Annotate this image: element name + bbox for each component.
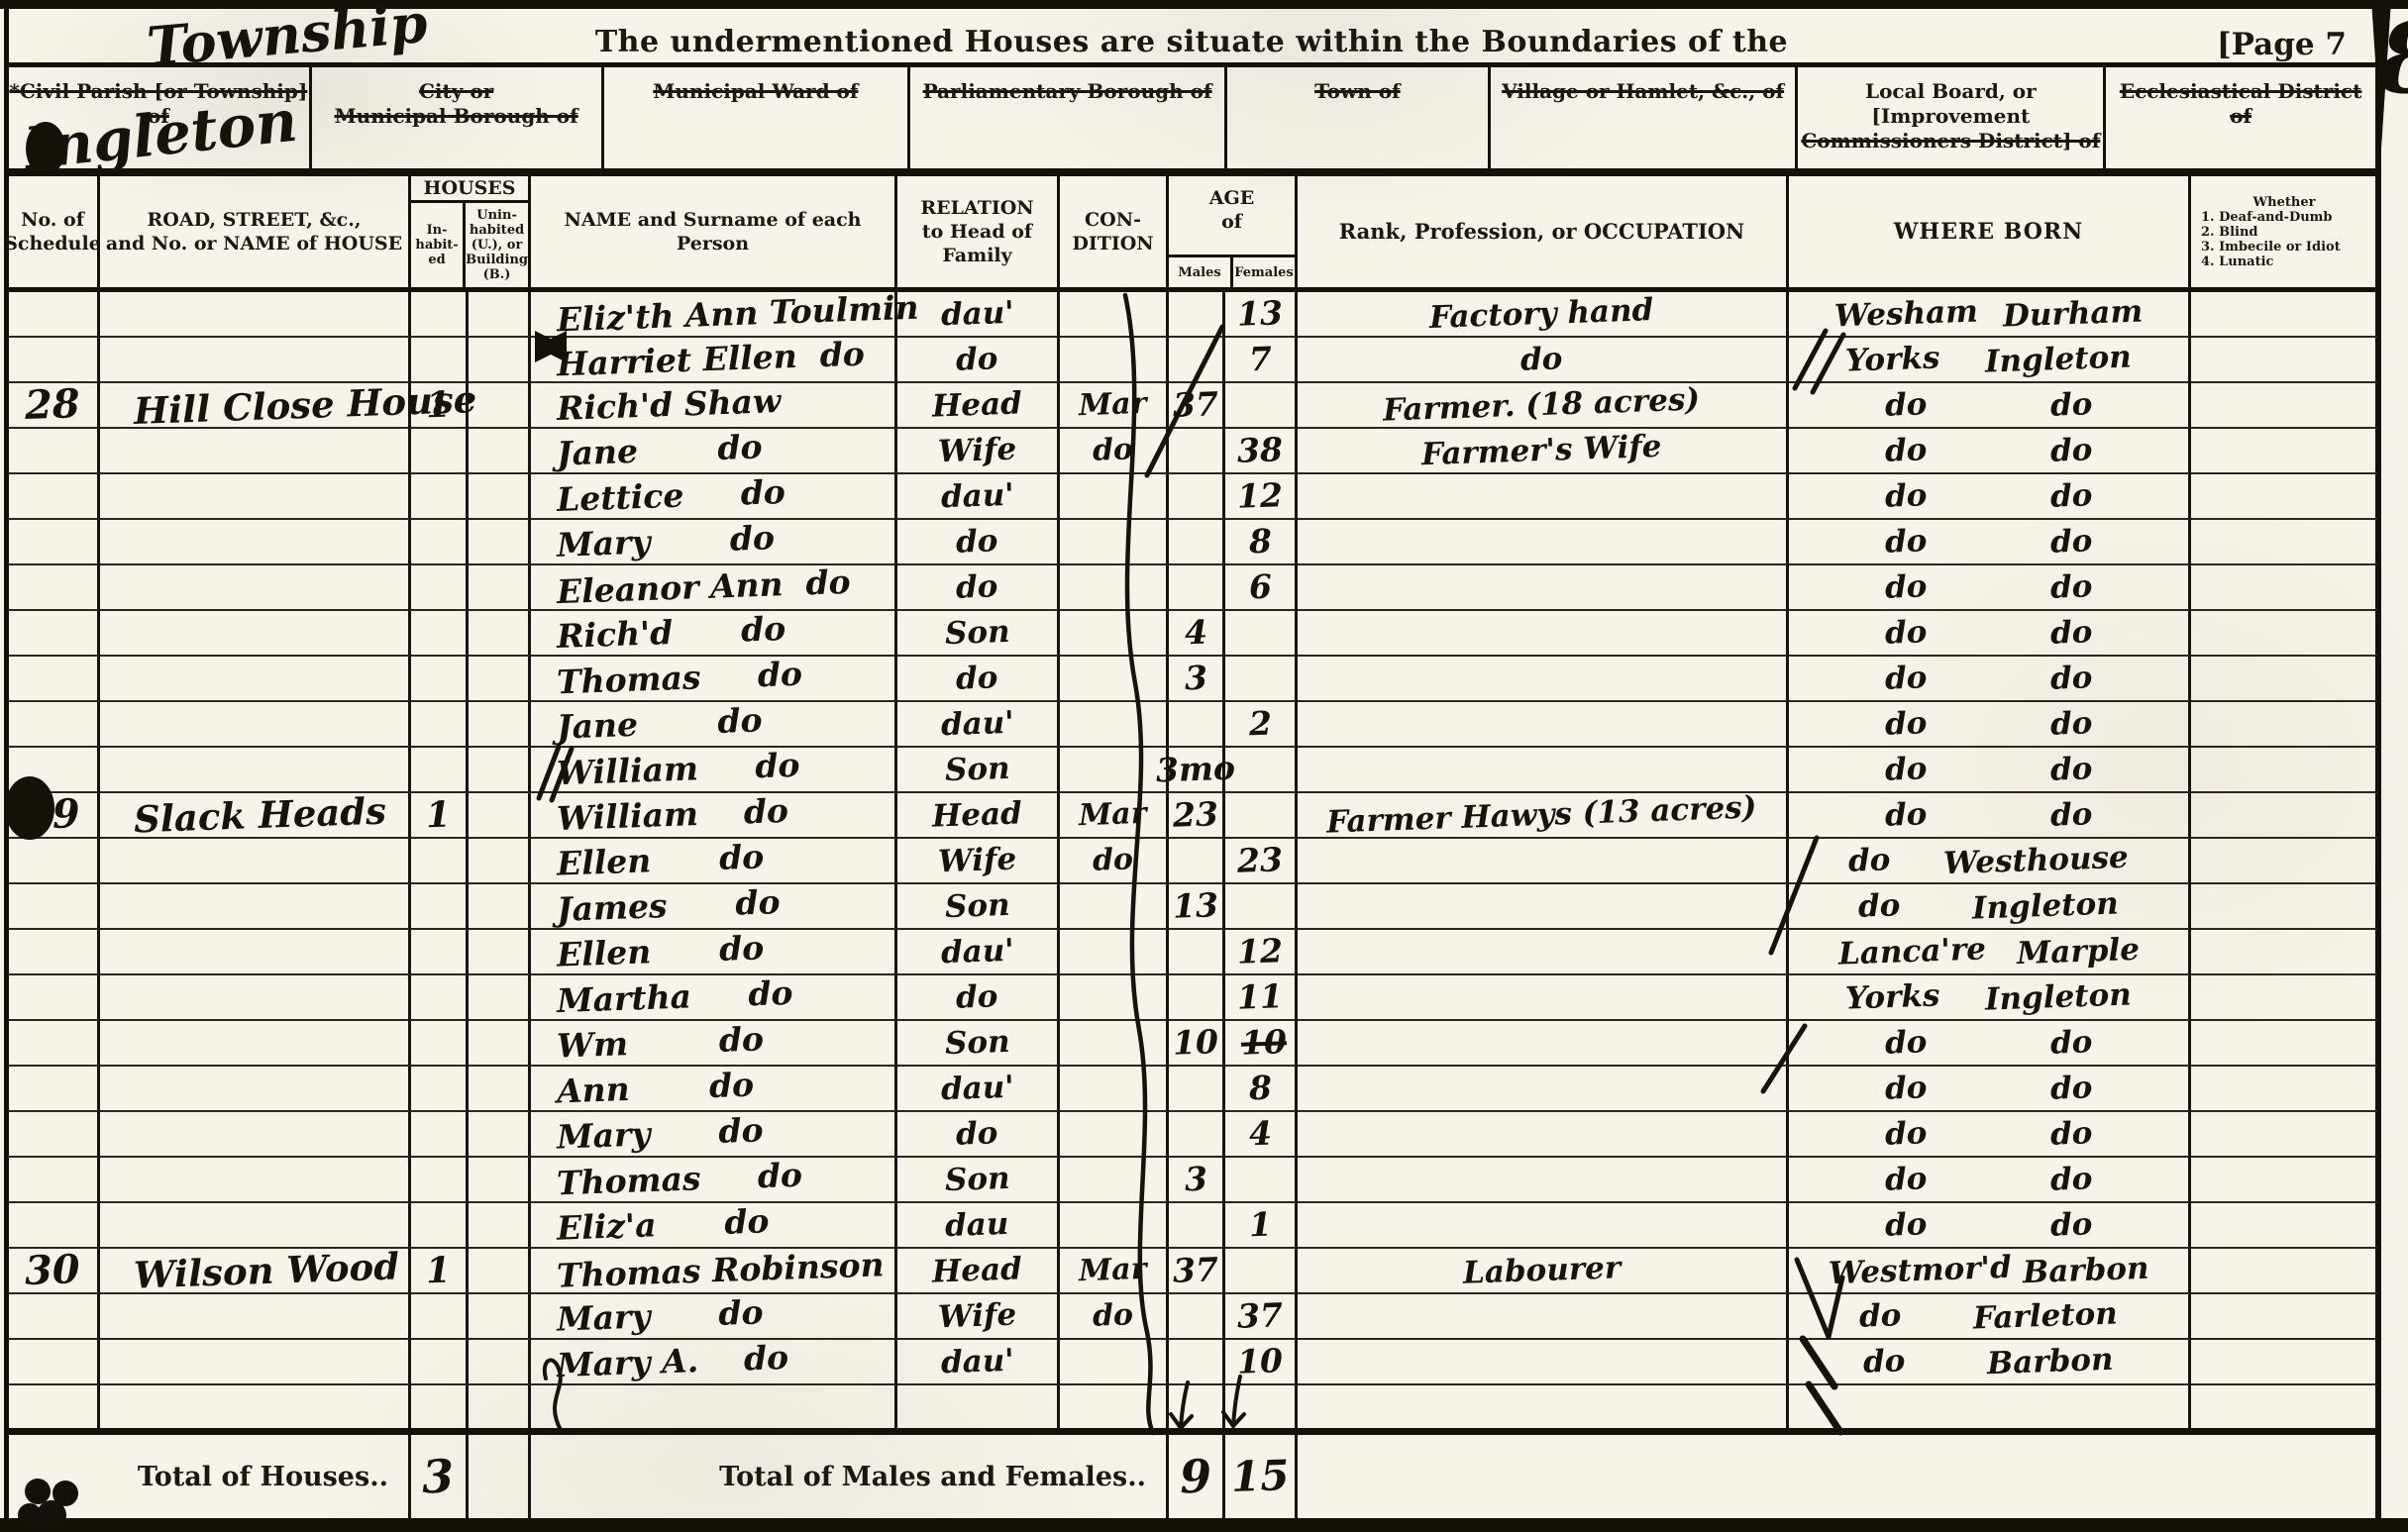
- cell-sched: [8, 657, 100, 702]
- cell-occ: Farmer's Wife: [1298, 429, 1789, 474]
- handwritten-edge-number: 8: [2378, 2, 2408, 116]
- cell-occ: Farmer Hawys (13 acres): [1298, 793, 1789, 839]
- cell-cond: [1060, 611, 1169, 657]
- spacer-cell-cond: [1060, 1385, 1169, 1428]
- cell-sched: [8, 930, 100, 975]
- district-label: Parliamentary Borough of: [910, 79, 1224, 104]
- cell-sched: [8, 1294, 100, 1340]
- cell-rel: Head: [897, 793, 1060, 839]
- cell-uninhab: [469, 383, 531, 429]
- cell-wh: [2191, 930, 2377, 975]
- cell-cond: [1060, 748, 1169, 793]
- cell-born: dodo: [1789, 748, 2191, 793]
- cell-born: YorksIngleton: [1789, 338, 2191, 383]
- cell-m: 23: [1169, 793, 1225, 839]
- cell-inhab: [411, 657, 469, 702]
- cell-m: [1169, 975, 1225, 1021]
- cell-cond: do: [1060, 1294, 1169, 1340]
- col-header-name: NAME and Surname of each Person: [531, 176, 897, 287]
- cell-occ: [1298, 565, 1789, 611]
- cell-wh: [2191, 657, 2377, 702]
- cell-inhab: 1: [411, 1249, 469, 1294]
- cell-rel: Wife: [897, 839, 1060, 884]
- cell-uninhab: [469, 292, 531, 338]
- cell-wh: [2191, 884, 2377, 930]
- district-cell-0: *Civil Parish [or Township] ofIngleton: [8, 67, 312, 168]
- col-header-where-born: WHERE BORN: [1789, 176, 2191, 287]
- spacer-cell-f: [1225, 1385, 1298, 1428]
- cell-wh: [2191, 383, 2377, 429]
- cell-inhab: [411, 1021, 469, 1067]
- cell-cond: Mar: [1060, 383, 1169, 429]
- cell-name: Thomas Robinson: [531, 1249, 897, 1294]
- cell-inhab: [411, 839, 469, 884]
- district-label: Town of: [1227, 79, 1488, 104]
- cell-rel: dau': [897, 702, 1060, 748]
- cell-road: Wilson Wood: [100, 1249, 411, 1294]
- cell-f: 23: [1225, 839, 1298, 884]
- cell-road: [100, 839, 411, 884]
- cell-cond: [1060, 292, 1169, 338]
- cell-uninhab: [469, 429, 531, 474]
- cell-wh: [2191, 611, 2377, 657]
- cell-name: William do: [531, 748, 897, 793]
- cell-wh: [2191, 1203, 2377, 1249]
- cell-occ: [1298, 520, 1789, 565]
- cell-name: Jane do: [531, 429, 897, 474]
- cell-born: dodo: [1789, 520, 2191, 565]
- cell-f: 11: [1225, 975, 1298, 1021]
- cell-sched: [8, 839, 100, 884]
- cell-cond: [1060, 474, 1169, 520]
- cell-road: [100, 1021, 411, 1067]
- cell-m: 3: [1169, 657, 1225, 702]
- scan-bottom-border: [0, 1518, 2408, 1532]
- cell-sched: [8, 429, 100, 474]
- cell-occ: do: [1298, 338, 1789, 383]
- cell-occ: [1298, 1340, 1789, 1385]
- cell-m: [1169, 565, 1225, 611]
- cell-occ: Labourer: [1298, 1249, 1789, 1294]
- cell-cond: Mar: [1060, 1249, 1169, 1294]
- cell-name: Thomas do: [531, 1158, 897, 1203]
- spacer-cell-road: [100, 1385, 411, 1428]
- cell-m: [1169, 429, 1225, 474]
- district-cell-2: Municipal Ward of: [604, 67, 911, 168]
- district-cell-7: Ecclesiastical District of: [2106, 67, 2375, 168]
- cell-cond: do: [1060, 839, 1169, 884]
- spacer-cell-sched: [8, 1385, 100, 1428]
- cell-uninhab: [469, 565, 531, 611]
- cell-occ: Farmer. (18 acres): [1298, 383, 1789, 429]
- totals-empty-cell: [469, 1435, 531, 1518]
- cell-born: dodo: [1789, 611, 2191, 657]
- cell-road: Slack Heads: [100, 793, 411, 839]
- spacer-cell-rel: [897, 1385, 1060, 1428]
- total-females-value: 15: [1225, 1435, 1298, 1518]
- cell-road: [100, 1112, 411, 1158]
- cell-road: [100, 748, 411, 793]
- cell-name: Martha do: [531, 975, 897, 1021]
- cell-uninhab: [469, 1021, 531, 1067]
- cell-wh: [2191, 839, 2377, 884]
- district-label: Village or Hamlet, &c., of: [1491, 79, 1796, 104]
- cell-wh: [2191, 1340, 2377, 1385]
- cell-inhab: [411, 474, 469, 520]
- cell-name: Eleanor Ann do: [531, 565, 897, 611]
- cell-sched: [8, 338, 100, 383]
- col-header-road: ROAD, STREET, &c., and No. or NAME of HO…: [100, 176, 411, 287]
- cell-rel: Son: [897, 1158, 1060, 1203]
- cell-wh: [2191, 1249, 2377, 1294]
- cell-m: [1169, 292, 1225, 338]
- cell-road: [100, 657, 411, 702]
- cell-sched: [8, 474, 100, 520]
- cell-inhab: [411, 1067, 469, 1112]
- cell-m: 4: [1169, 611, 1225, 657]
- spacer-cell-name: [531, 1385, 897, 1428]
- cell-uninhab: [469, 657, 531, 702]
- cell-born: Westmor'dBarbon: [1789, 1249, 2191, 1294]
- cell-uninhab: [469, 884, 531, 930]
- cell-occ: [1298, 611, 1789, 657]
- col-header-females: Females: [1233, 257, 1295, 287]
- cell-f: 10: [1225, 1340, 1298, 1385]
- cell-f: 1: [1225, 1203, 1298, 1249]
- cell-road: [100, 520, 411, 565]
- cell-sched: [8, 1203, 100, 1249]
- cell-f: 6: [1225, 565, 1298, 611]
- cell-inhab: [411, 1294, 469, 1340]
- district-label: Ecclesiastical District of: [2106, 79, 2375, 129]
- cell-m: [1169, 474, 1225, 520]
- cell-uninhab: [469, 748, 531, 793]
- col-header-age-group: AGE of Males Females: [1169, 176, 1298, 287]
- cell-rel: Son: [897, 1021, 1060, 1067]
- column-header-row: No. of Schedule ROAD, STREET, &c., and N…: [8, 176, 2375, 292]
- cell-wh: [2191, 975, 2377, 1021]
- spacer-cell-uninhab: [469, 1385, 531, 1428]
- cell-f: 8: [1225, 520, 1298, 565]
- cell-m: 37: [1169, 1249, 1225, 1294]
- cell-inhab: [411, 1158, 469, 1203]
- col-header-houses-group: HOUSES In- habit- ed Unin- habited (U.),…: [411, 176, 531, 287]
- cell-wh: [2191, 1158, 2377, 1203]
- district-cell-6: Local Board, or [ImprovementCommissioner…: [1798, 67, 2106, 168]
- totals-row: Total of Houses.. 3 Total of Males and F…: [8, 1435, 2375, 1518]
- cell-born: dodo: [1789, 429, 2191, 474]
- cell-uninhab: [469, 930, 531, 975]
- cell-cond: [1060, 520, 1169, 565]
- district-label: Local Board, or [Improvement: [1798, 79, 2103, 129]
- cell-m: [1169, 338, 1225, 383]
- cell-f: [1225, 611, 1298, 657]
- cell-road: Hill Close House: [100, 383, 411, 429]
- cell-uninhab: [469, 793, 531, 839]
- cell-occ: [1298, 1294, 1789, 1340]
- cell-sched: [8, 1340, 100, 1385]
- cell-cond: [1060, 975, 1169, 1021]
- cell-name: Lettice do: [531, 474, 897, 520]
- spacer-cell-occ: [1298, 1385, 1789, 1428]
- cell-f: [1225, 793, 1298, 839]
- cell-occ: [1298, 975, 1789, 1021]
- cell-born: WeshamDurham: [1789, 292, 2191, 338]
- cell-f: 13: [1225, 292, 1298, 338]
- cell-cond: [1060, 702, 1169, 748]
- cell-wh: [2191, 565, 2377, 611]
- cell-occ: [1298, 657, 1789, 702]
- cell-occ: [1298, 1158, 1789, 1203]
- cell-name: Mary do: [531, 520, 897, 565]
- cell-cond: [1060, 1158, 1169, 1203]
- cell-m: [1169, 1112, 1225, 1158]
- col-header-occupation: Rank, Profession, or OCCUPATION: [1298, 176, 1789, 287]
- cell-born: doBarbon: [1789, 1340, 2191, 1385]
- cell-f: 37: [1225, 1294, 1298, 1340]
- page-number-label: [Page 7: [2217, 27, 2347, 62]
- spacer-cell-wh: [2191, 1385, 2377, 1428]
- cell-rel: do: [897, 657, 1060, 702]
- cell-sched: [8, 565, 100, 611]
- cell-occ: [1298, 1021, 1789, 1067]
- cell-m: 13: [1169, 884, 1225, 930]
- cell-m: 37: [1169, 383, 1225, 429]
- cell-m: 10: [1169, 1021, 1225, 1067]
- cell-sched: 28: [8, 383, 100, 429]
- cell-name: James do: [531, 884, 897, 930]
- cell-born: doIngleton: [1789, 884, 2191, 930]
- cell-sched: 29: [8, 793, 100, 839]
- cell-born: dodo: [1789, 1203, 2191, 1249]
- cell-cond: [1060, 1340, 1169, 1385]
- cell-occ: [1298, 1067, 1789, 1112]
- cell-wh: [2191, 1112, 2377, 1158]
- cell-name: Eliz'th Ann Toulmin: [531, 292, 897, 338]
- col-header-condition: CON- DITION: [1060, 176, 1169, 287]
- cell-inhab: [411, 930, 469, 975]
- cell-occ: [1298, 930, 1789, 975]
- cell-sched: [8, 1158, 100, 1203]
- cell-uninhab: [469, 474, 531, 520]
- cell-born: dodo: [1789, 793, 2191, 839]
- cell-uninhab: [469, 975, 531, 1021]
- cell-inhab: 1: [411, 793, 469, 839]
- cell-f: 12: [1225, 474, 1298, 520]
- cell-wh: [2191, 338, 2377, 383]
- cell-road: [100, 702, 411, 748]
- cell-name: Ellen do: [531, 930, 897, 975]
- cell-cond: [1060, 1021, 1169, 1067]
- total-males-value: 9: [1169, 1435, 1225, 1518]
- total-mf-label: Total of Males and Females..: [531, 1435, 1169, 1518]
- totals-trailing-cell: [1298, 1435, 2377, 1518]
- cell-cond: do: [1060, 429, 1169, 474]
- cell-born: dodo: [1789, 702, 2191, 748]
- cell-sched: 30: [8, 1249, 100, 1294]
- cell-inhab: [411, 429, 469, 474]
- cell-born: dodo: [1789, 1112, 2191, 1158]
- cell-rel: Head: [897, 1249, 1060, 1294]
- cell-inhab: [411, 338, 469, 383]
- cell-m: [1169, 1203, 1225, 1249]
- cell-rel: do: [897, 338, 1060, 383]
- cell-rel: dau': [897, 292, 1060, 338]
- cell-uninhab: [469, 1158, 531, 1203]
- cell-m: [1169, 520, 1225, 565]
- cell-occ: [1298, 702, 1789, 748]
- cell-name: Ellen do: [531, 839, 897, 884]
- cell-uninhab: [469, 1067, 531, 1112]
- cell-rel: Son: [897, 748, 1060, 793]
- cell-road: [100, 1203, 411, 1249]
- cell-inhab: [411, 1340, 469, 1385]
- cell-wh: [2191, 702, 2377, 748]
- cell-road: [100, 884, 411, 930]
- cell-born: doWesthouse: [1789, 839, 2191, 884]
- cell-sched: [8, 292, 100, 338]
- cell-sched: [8, 1021, 100, 1067]
- col-header-relation: RELATION to Head of Family: [897, 176, 1060, 287]
- cell-m: 3: [1169, 1158, 1225, 1203]
- cell-inhab: [411, 1203, 469, 1249]
- spacer-cell-m: [1169, 1385, 1225, 1428]
- cell-born: dodo: [1789, 1021, 2191, 1067]
- cell-road: [100, 338, 411, 383]
- cell-rel: dau': [897, 930, 1060, 975]
- district-cell-3: Parliamentary Borough of: [910, 67, 1227, 168]
- cell-m: [1169, 1067, 1225, 1112]
- district-label: Municipal Borough of: [312, 104, 601, 129]
- total-houses-value: 3: [411, 1435, 469, 1518]
- cell-road: [100, 1294, 411, 1340]
- cell-sched: [8, 611, 100, 657]
- cell-sched: [8, 1112, 100, 1158]
- enumeration-table-body: Eliz'th Ann Toulmindau'13Factory handWes…: [8, 292, 2375, 1385]
- cell-road: [100, 1067, 411, 1112]
- cell-uninhab: [469, 702, 531, 748]
- cell-sched: [8, 748, 100, 793]
- cell-born: dodo: [1789, 657, 2191, 702]
- cell-uninhab: [469, 1112, 531, 1158]
- cell-occ: [1298, 474, 1789, 520]
- cell-wh: [2191, 793, 2377, 839]
- cell-born: dodo: [1789, 1067, 2191, 1112]
- cell-cond: [1060, 338, 1169, 383]
- cell-road: [100, 975, 411, 1021]
- cell-uninhab: [469, 1203, 531, 1249]
- cell-cond: [1060, 930, 1169, 975]
- cell-cond: [1060, 565, 1169, 611]
- cell-wh: [2191, 520, 2377, 565]
- cell-rel: do: [897, 520, 1060, 565]
- cell-cond: [1060, 1112, 1169, 1158]
- cell-road: [100, 611, 411, 657]
- cell-name: Wm do: [531, 1021, 897, 1067]
- cell-road: [100, 429, 411, 474]
- cell-rel: dau': [897, 1340, 1060, 1385]
- cell-road: [100, 1340, 411, 1385]
- cell-wh: [2191, 1294, 2377, 1340]
- cell-f: [1225, 1158, 1298, 1203]
- cell-born: doFarleton: [1789, 1294, 2191, 1340]
- cell-name: William do: [531, 793, 897, 839]
- cell-inhab: [411, 292, 469, 338]
- cell-name: Eliz'a do: [531, 1203, 897, 1249]
- cell-f: [1225, 383, 1298, 429]
- cell-born: dodo: [1789, 1158, 2191, 1203]
- total-houses-label: Total of Houses..: [8, 1435, 411, 1518]
- cell-name: Mary A. do: [531, 1340, 897, 1385]
- col-header-schedule: No. of Schedule: [8, 176, 100, 287]
- cell-occ: [1298, 884, 1789, 930]
- cell-road: [100, 930, 411, 975]
- district-cell-5: Village or Hamlet, &c., of: [1491, 67, 1799, 168]
- col-header-whether: Whether 1. Deaf-and-Dumb 2. Blind 3. Imb…: [2191, 176, 2377, 287]
- cell-uninhab: [469, 839, 531, 884]
- cell-f: 38: [1225, 429, 1298, 474]
- cell-m: [1169, 839, 1225, 884]
- cell-inhab: [411, 565, 469, 611]
- cell-f: [1225, 884, 1298, 930]
- cell-rel: Son: [897, 884, 1060, 930]
- cell-uninhab: [469, 1294, 531, 1340]
- col-header-uninhabited: Unin- habited (U.), or Building (B.): [466, 203, 528, 287]
- cell-occ: [1298, 748, 1789, 793]
- cell-name: Mary do: [531, 1112, 897, 1158]
- cell-f: [1225, 1249, 1298, 1294]
- cell-cond: [1060, 884, 1169, 930]
- district-header-row: *Civil Parish [or Township] ofIngletonCi…: [8, 62, 2375, 176]
- cell-f: 8: [1225, 1067, 1298, 1112]
- cell-sched: [8, 702, 100, 748]
- footer-spacer-row: [8, 1385, 2375, 1428]
- cell-inhab: [411, 1112, 469, 1158]
- cell-inhab: [411, 748, 469, 793]
- cell-m: [1169, 1294, 1225, 1340]
- cell-wh: [2191, 474, 2377, 520]
- cell-f: 12: [1225, 930, 1298, 975]
- cell-m: 3mo: [1169, 748, 1225, 793]
- cell-occ: [1298, 1203, 1789, 1249]
- cell-occ: Factory hand: [1298, 292, 1789, 338]
- cell-rel: Head: [897, 383, 1060, 429]
- spacer-cell-inhab: [411, 1385, 469, 1428]
- title-band: Township The undermentioned Houses are s…: [8, 9, 2375, 62]
- col-header-inhabited: In- habit- ed: [411, 203, 466, 287]
- cell-cond: [1060, 1203, 1169, 1249]
- cell-road: [100, 292, 411, 338]
- cell-f: 2: [1225, 702, 1298, 748]
- cell-m: [1169, 702, 1225, 748]
- cell-inhab: [411, 520, 469, 565]
- cell-cond: Mar: [1060, 793, 1169, 839]
- cell-wh: [2191, 429, 2377, 474]
- cell-m: [1169, 1340, 1225, 1385]
- cell-rel: do: [897, 975, 1060, 1021]
- cell-name: Harriet Ellen do: [531, 338, 897, 383]
- cell-occ: [1298, 1112, 1789, 1158]
- cell-born: YorksIngleton: [1789, 975, 2191, 1021]
- cell-road: [100, 1158, 411, 1203]
- cell-born: dodo: [1789, 565, 2191, 611]
- cell-rel: do: [897, 1112, 1060, 1158]
- census-sheet: Township The undermentioned Houses are s…: [0, 0, 2408, 1532]
- cell-inhab: [411, 884, 469, 930]
- cell-uninhab: [469, 338, 531, 383]
- cell-name: Rich'd do: [531, 611, 897, 657]
- cell-name: Mary do: [531, 1294, 897, 1340]
